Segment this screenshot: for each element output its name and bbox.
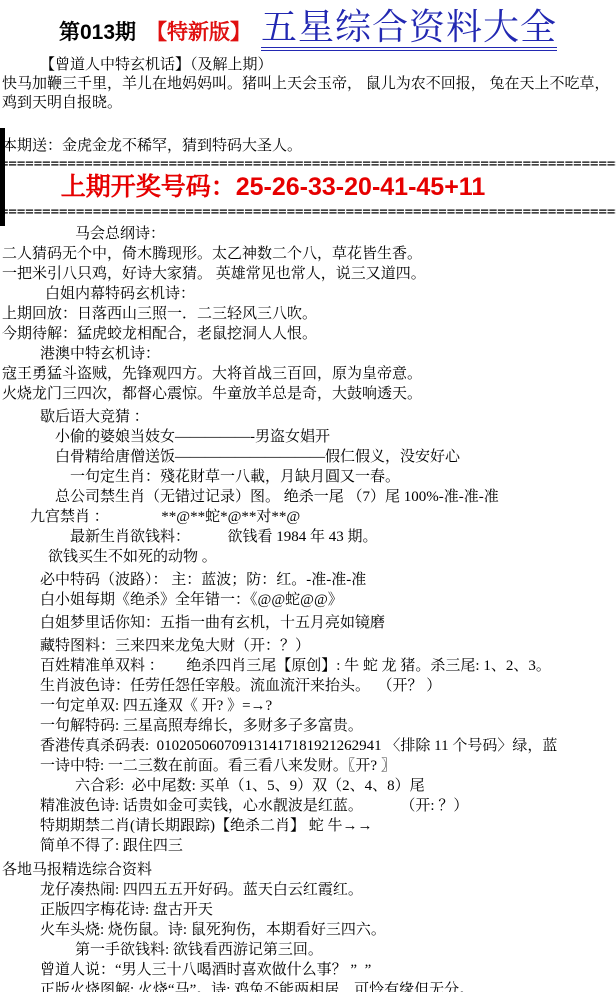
body-line: 一诗中特: 一二三数在前面。看三看八来发财。〖开? 〗 — [0, 756, 616, 776]
last-draw-numbers: 上期开奖号码：25-26-33-20-41-45+11 — [0, 171, 616, 204]
body-line: 龙仔凑热闹: 四四五五开好码。蓝天白云红霞红。 — [0, 880, 616, 900]
page-header: 第013期 【特新版】 五星综合资料大全 — [0, 0, 616, 51]
body-line: 今期待解：猛虎蛟龙相配合，老鼠挖洞人人恨。 — [0, 324, 616, 344]
body-line: 马会总纲诗： — [0, 224, 616, 244]
body-line: 生肖波色诗：任劳任怨任宰般。流血流汗来抬头。 （开？ ） — [0, 676, 616, 696]
intro-verse-2: 鸡到天明自报晓。 — [0, 94, 616, 113]
body-line: 藏特图料：三来四来龙兔大财（开：？） — [0, 636, 616, 656]
body-line: 简单不得了: 跟住四三 — [0, 836, 616, 856]
body-line: 小偷的婆娘当妓女—————-男盗女娼开 — [0, 427, 616, 447]
body-line: 港澳中特玄机诗： — [0, 344, 616, 364]
gift-line: 本期送：金虎金龙不稀罕，猜到特码大圣人。 — [0, 137, 616, 156]
body-line: 精准波色诗: 话贵如金可卖钱，心水靓波是红蓝。 （开: ？） — [0, 796, 616, 816]
body-line: 火车头烧: 烧伤鼠。诗: 鼠死狗伤，本期看好三四六。 — [0, 920, 616, 940]
body-line: 六合彩: 必中尾数: 买单（1、5、9）双（2、4、8）尾 — [0, 776, 616, 796]
body-line: 正版四字梅花诗: 盘古开天 — [0, 900, 616, 920]
body-line: 曾道人说：“男人三十八喝酒时喜欢做什么事？ ” ” — [0, 960, 616, 980]
page-title: 五星综合资料大全 — [261, 8, 557, 51]
edition-tag: 【特新版】 — [146, 16, 251, 46]
intro-verse-1: 快马加鞭三千里，羊儿在地妈妈叫。猪叫上天会玉帝， 鼠儿为农不回报， 兔在天上不吃… — [0, 75, 616, 94]
intro-caption: 【曾道人中特玄机话】（及解上期） — [0, 56, 616, 75]
body-line: 二人猜码无个中，倚木腾现形。太乙神数二个八，草花皆生香。 — [0, 244, 616, 264]
body-line: 最新生肖欲钱料： 欲钱看 1984 年 43 期。 — [0, 527, 616, 547]
body-line: 寇王勇猛斗盗贼，先锋观四方。大将首战三百回，原为皇帝意。 — [0, 364, 616, 384]
body-block: 马会总纲诗： 二人猜码无个中，倚木腾现形。太乙神数二个八，草花皆生香。 一把米引… — [0, 224, 616, 992]
body-line: 香港传真杀码表: 010205060709131417181921262941 … — [0, 736, 616, 756]
body-line: 白骨精给唐僧送饭——————————假仁假义，没安好心 — [0, 447, 616, 467]
body-line: 火烧龙门三四次，都督心震惊。牛童放羊总是奇，大鼓响透天。 — [0, 384, 616, 404]
left-border-fragment — [0, 128, 5, 226]
body-line: 百姓精准单双料 ： 绝杀四肖三尾【原创】: 牛 蛇 龙 猪。杀三尾: 1、2、3… — [0, 656, 616, 676]
body-line: 各地马报精选综合资料 — [0, 860, 616, 880]
body-line: 一句定生肖：殘花財草一八載，月缺月圓又一春。 — [0, 467, 616, 487]
body-line: 歇后语大竞猜 ： — [0, 407, 616, 427]
body-line: 白小姐每期《绝杀》全年错一：《@@蛇@@》 — [0, 590, 616, 610]
body-line: 必中特码（波路）： 主：蓝波；防：红。-准-准-准 — [0, 570, 616, 590]
body-line: 一把米引八只鸡，好诗大家猜。 英雄常见也常人，说三又道四。 — [0, 264, 616, 284]
body-line: 正版火烧图解: 火烧“马”。诗: 鸡兔不能两相居，可怜有缘但无分。 — [0, 980, 616, 992]
body-line: 欲钱买生不如死的动物 。 — [0, 547, 616, 567]
body-line: 九宫禁肖 ： **@**蛇*@**对**@ — [0, 507, 616, 527]
body-line: 第一手欲钱料: 欲钱看西游记第三回。 — [0, 940, 616, 960]
body-line: 一句定单双: 四五逢双《 开? 》=→? — [0, 696, 616, 716]
page: 第013期 【特新版】 五星综合资料大全 【曾道人中特玄机话】（及解上期） 快马… — [0, 0, 616, 992]
divider: ========================================… — [0, 159, 616, 171]
body-line: 白姐梦里话你知：五指一曲有玄机，十五月亮如镜磨 — [0, 613, 616, 633]
divider: ========================================… — [0, 207, 616, 219]
body-line: 白姐内幕特码玄机诗： — [0, 284, 616, 304]
body-line: 一句解特码: 三星高照寿绵长，多财多子多富贵。 — [0, 716, 616, 736]
body-line: 特期期禁二肖(请长期跟踪)【绝杀二肖】 蛇 牛→→ — [0, 816, 616, 836]
body-line: 上期回放：日落西山三照一．二三轻风三八吹。 — [0, 304, 616, 324]
issue-number: 第013期 — [59, 16, 136, 46]
body-line: 总公司禁生肖（无错过记录）图。 绝杀一尾 （7）尾 100%-准-准-准 — [0, 487, 616, 507]
